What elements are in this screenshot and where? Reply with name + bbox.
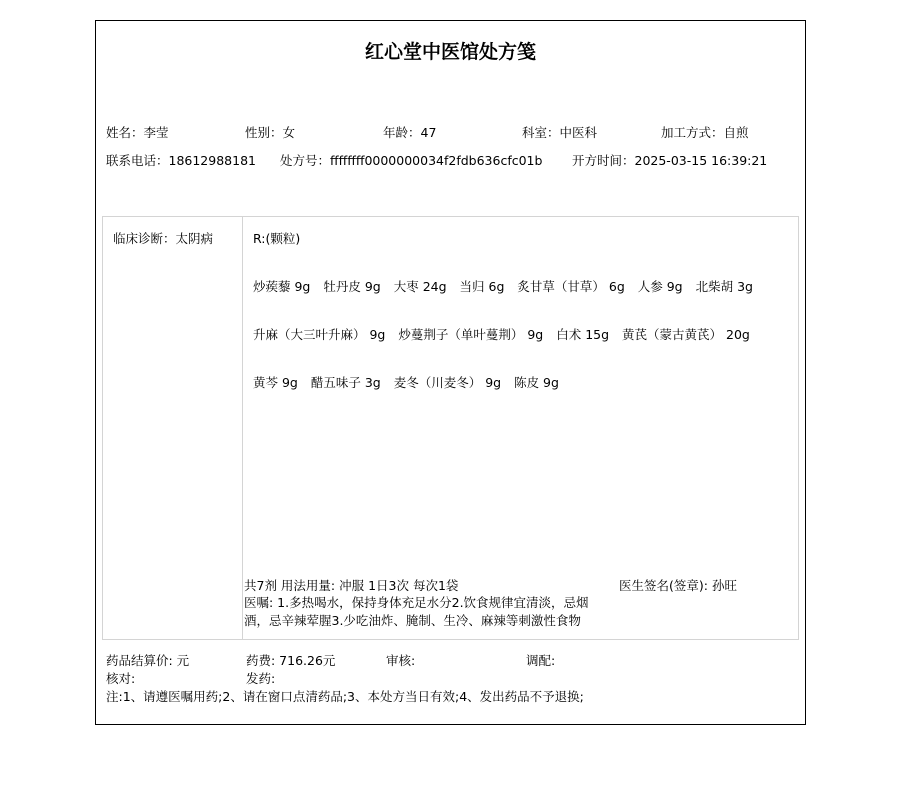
- drug-fee: 药费: 716.26元: [246, 651, 335, 669]
- prescription-box: 临床诊断：太阴病 R:(颗粒) 炒蒺藜 9g 牡丹皮 9g 大枣 24g 当归 …: [102, 216, 799, 640]
- doctor-signature: 医生签名(签章): 孙旺: [619, 576, 737, 594]
- herb-item: 炙甘草（甘草） 6g: [517, 279, 624, 294]
- footer-note-text: 注:1、请遵医嘱用药;2、请在窗口点清药品;3、本处方当日有效;4、发出药品不予…: [106, 687, 584, 705]
- issue-field: 发药:: [246, 669, 275, 687]
- prescription-number: 处方号：ffffffff0000000034f2fdb636cfc01b: [280, 151, 542, 169]
- patient-phone: 联系电话：18612988181: [106, 151, 256, 169]
- herb-item: 陈皮 9g: [514, 375, 559, 390]
- herb-item: 黄芩 9g: [253, 375, 298, 390]
- herb-item: 炒蔓荆子（单叶蔓荆） 9g: [398, 327, 543, 342]
- prescription-time: 开方时间：2025-03-15 16:39:21: [572, 151, 767, 169]
- clinical-diagnosis: 临床诊断：太阴病: [113, 229, 213, 247]
- herb-item: 升麻（大三叶升麻） 9g: [253, 327, 385, 342]
- herb-item: 北柴胡 3g: [696, 279, 753, 294]
- herb-item: 牡丹皮 9g: [323, 279, 380, 294]
- review-field: 审核:: [386, 651, 415, 669]
- herb-item: 大枣 24g: [394, 279, 447, 294]
- herb-item: 麦冬（川麦冬） 9g: [394, 375, 501, 390]
- herb-line-3: 黄芩 9g 醋五味子 3g 麦冬（川麦冬） 9g 陈皮 9g: [253, 373, 568, 391]
- check-field: 核对:: [106, 669, 135, 687]
- herb-item: 醋五味子 3g: [311, 375, 381, 390]
- dosage-instructions: 共7剂 用法用量: 冲服 1日3次 每次1袋: [244, 576, 458, 594]
- herb-line-2: 升麻（大三叶升麻） 9g 炒蔓荆子（单叶蔓荆） 9g 白术 15g 黄芪（蒙古黄…: [253, 325, 759, 343]
- herb-line-1: 炒蒺藜 9g 牡丹皮 9g 大枣 24g 当归 6g 炙甘草（甘草） 6g 人参…: [253, 277, 762, 295]
- herb-item: 白术 15g: [556, 327, 609, 342]
- settlement-price: 药品结算价: 元: [106, 651, 189, 669]
- herb-item: 炒蒺藜 9g: [253, 279, 310, 294]
- prescription-column: R:(颗粒) 炒蒺藜 9g 牡丹皮 9g 大枣 24g 当归 6g 炙甘草（甘草…: [244, 217, 798, 639]
- patient-age: 年龄：47: [383, 123, 436, 141]
- department: 科室：中医科: [522, 123, 597, 141]
- patient-name: 姓名：李莹: [106, 123, 169, 141]
- prescription-sheet: 红心堂中医馆处方笺 姓名：李莹 性别：女 年龄：47 科室：中医科 加工方式：自…: [95, 20, 806, 725]
- medical-advice: 医嘱: 1.多热喝水，保持身体充足水分2.饮食规律宜清淡，忌烟酒，忌辛辣荤腥3.…: [244, 594, 604, 630]
- diagnosis-column: 临床诊断：太阴病: [103, 217, 243, 639]
- processing-method: 加工方式：自煎: [661, 123, 749, 141]
- herb-item: 人参 9g: [638, 279, 683, 294]
- dispense-field: 调配:: [526, 651, 555, 669]
- herb-item: 当归 6g: [460, 279, 505, 294]
- prescription-type: R:(颗粒): [253, 229, 300, 247]
- page-title: 红心堂中医馆处方笺: [96, 37, 805, 64]
- patient-gender: 性别：女: [245, 123, 295, 141]
- herb-item: 黄芪（蒙古黄芪） 20g: [622, 327, 750, 342]
